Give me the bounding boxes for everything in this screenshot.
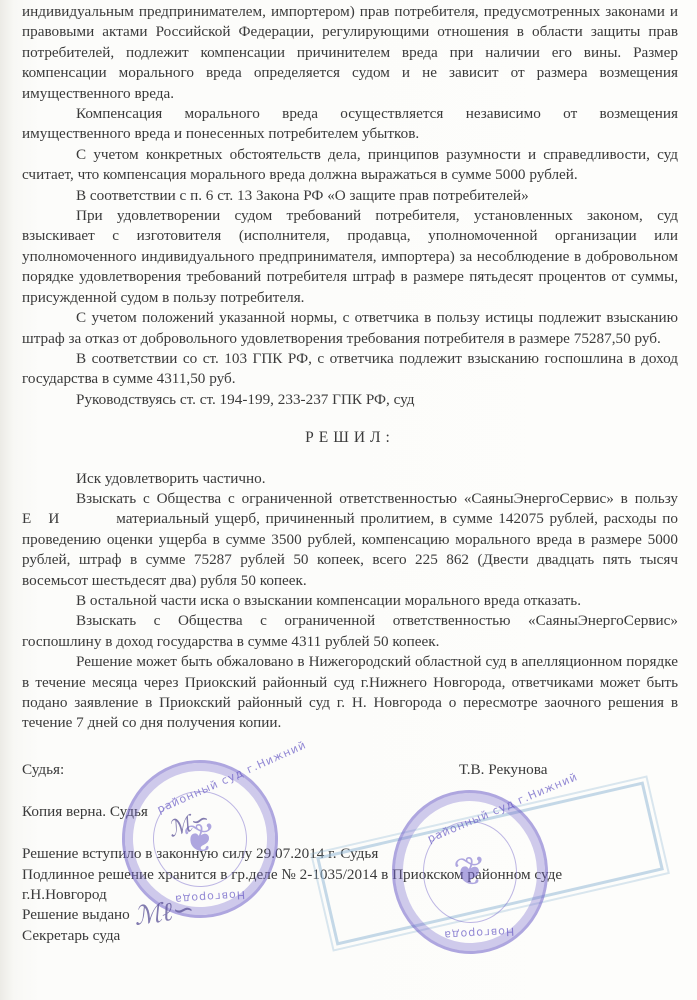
judge-name: Т.В. Рекунова [459,760,547,780]
judge-signature-row: Судья: Т.В. Рекунова [22,760,678,780]
decision-paragraph: Иск удовлетворить частично. [22,469,678,489]
decision-heading: РЕШИЛ: [22,428,678,448]
decision-paragraph: Взыскать с Общества с ограниченной ответ… [22,611,678,652]
eagle-emblem-icon: ❦ [452,848,488,896]
decision-paragraph: Взыскать с Общества с ограниченной ответ… [22,489,678,591]
seal-ring-text-bottom: Новгорода [443,925,515,942]
paragraph: индивидуальным предпринимателем, импорте… [22,2,678,104]
paragraph: Руководствуясь ст. ст. 194-199, 233-237 … [22,390,678,410]
paragraph: При удовлетворении судом требований потр… [22,206,678,308]
decision-paragraph: В остальной части иска о взыскании компе… [22,591,678,611]
paragraph: С учетом положений указанной нормы, с от… [22,308,678,349]
paragraph: С учетом конкретных обстоятельств дела, … [22,145,678,186]
paragraph: В соответствии с п. 6 ст. 13 Закона РФ «… [22,186,678,206]
judge-label: Судья: [22,761,64,778]
paragraph: Компенсация морального вреда осуществляе… [22,104,678,145]
decision-paragraph: Решение может быть обжаловано в Нижегоро… [22,652,678,734]
paragraph: В соответствии со ст. 103 ГПК РФ, с отве… [22,349,678,390]
document-page: индивидуальным предпринимателем, импорте… [0,0,697,1000]
